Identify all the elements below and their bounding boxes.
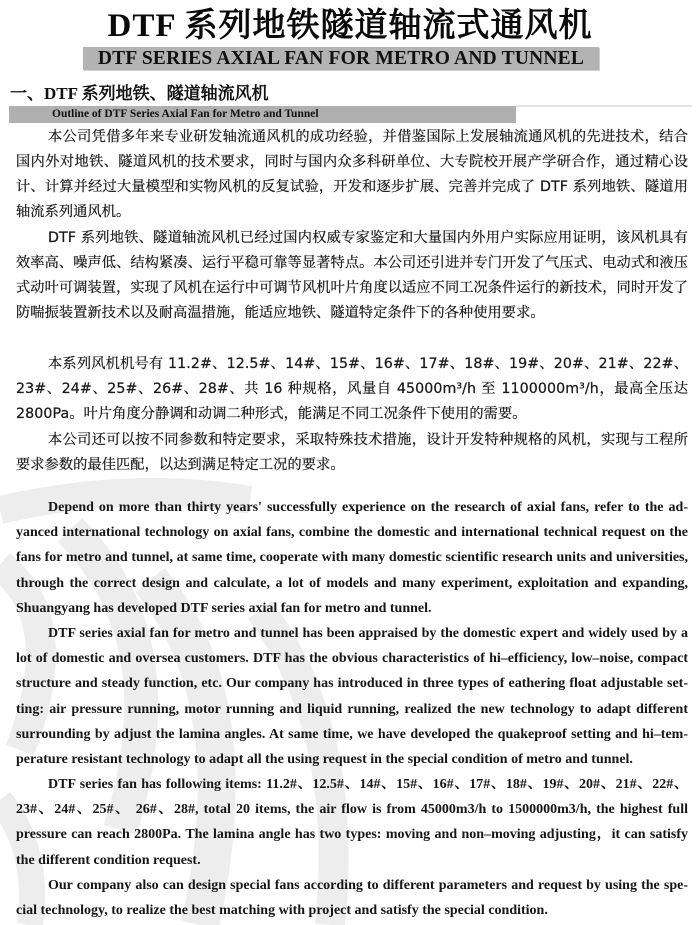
english-paragraph-1: Depend on more than thirty years' succes… bbox=[16, 495, 688, 621]
chinese-paragraph-4: 本公司还可以按不同参数和特定要求，采取特殊技术措施，设计开发特种规格的风机，实现… bbox=[16, 428, 688, 478]
page-title: DTF 系列地铁隧道轴流式通风机 bbox=[0, 6, 700, 46]
section-heading: 一、DTF 系列地铁、隧道轴流风机 bbox=[10, 83, 269, 105]
chinese-paragraph-1: 本公司凭借多年来专业研发轴流通风机的成功经验，并借鉴国际上发展轴流通风机的先进技… bbox=[16, 125, 688, 225]
english-paragraph-3: DTF series fan has following items: 11.2… bbox=[16, 772, 688, 873]
divider-line bbox=[516, 105, 692, 107]
english-paragraph-2: DTF series axial fan for metro and tunne… bbox=[16, 621, 688, 772]
english-paragraph-4: Our company also can design special fans… bbox=[16, 873, 688, 923]
page-subtitle: DTF SERIES AXIAL FAN FOR METRO AND TUNNE… bbox=[83, 47, 599, 70]
subtitle-banner: DTF SERIES AXIAL FAN FOR METRO AND TUNNE… bbox=[83, 47, 599, 70]
chinese-paragraph-2: DTF 系列地铁、隧道轴流风机已经过国内权威专家鉴定和大量国内外用户实际应用证明… bbox=[16, 226, 688, 326]
outline-banner: Outline of DTF Series Axial Fan for Metr… bbox=[9, 106, 516, 123]
chinese-paragraph-3: 本系列风机机号有 11.2#、12.5#、14#、15#、16#、17#、18#… bbox=[16, 352, 688, 427]
outline-label: Outline of DTF Series Axial Fan for Metr… bbox=[52, 106, 319, 123]
